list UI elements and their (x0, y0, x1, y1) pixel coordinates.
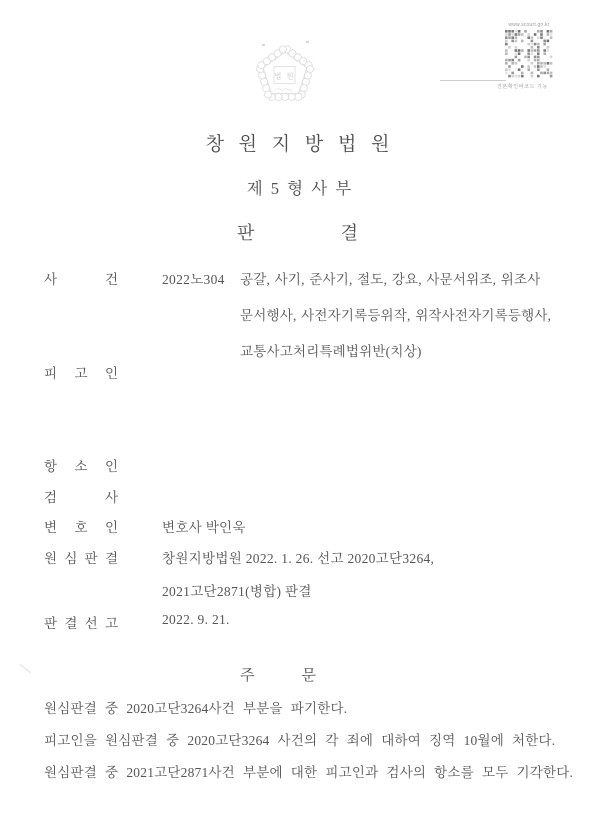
prosecutor-label: 검 사 (44, 486, 118, 506)
lower-judgment-line: 2021고단2871(병합) 판결 (162, 580, 312, 600)
appellant-label: 항 소 인 (44, 455, 118, 475)
lower-judgment-label: 원 심 판 결 (44, 547, 118, 567)
judgment-document-page: 법 원 www.scourt.go.kr 진본확인바코드 기능 창 원 지 방 … (0, 0, 600, 826)
scan-speck (306, 41, 309, 43)
order-line: 원심판결 중 2020고단3264사건 부분을 파기한다. (44, 697, 347, 717)
court-seal-icon: 법 원 (250, 42, 320, 108)
seal-script-squiggle (276, 89, 292, 91)
case-number: 2022노304 (162, 268, 225, 288)
court-name-title: 창 원 지 방 법 원 (0, 129, 600, 156)
charges-line: 교통사고처리특례법위반(치상) (240, 340, 422, 360)
scan-artifact-dash (19, 664, 31, 673)
seal-inner-text: 법 원 (274, 71, 295, 81)
sentencing-date-value: 2022. 9. 21. (162, 612, 230, 628)
lower-judgment-line: 창원지방법원 2022. 1. 26. 선고 2020고단3264, (162, 547, 434, 567)
verification-barcode-icon (505, 30, 554, 80)
charges-line: 문서행사, 사전자기록등위작, 위작사전자기록등행사, (240, 304, 551, 324)
order-line: 피고인을 원심판결 중 2020고단3264 사건의 각 죄에 대하여 징역 1… (44, 729, 555, 749)
counsel-value: 변호사 박인욱 (162, 516, 246, 536)
order-section-header: 주 문 (240, 664, 316, 685)
document-title: 판 결 (237, 219, 358, 245)
verification-barcode-caption: 진본확인바코드 기능 (497, 83, 557, 90)
case-label: 사 건 (44, 268, 118, 288)
scan-line (440, 80, 506, 81)
charges-line: 공갈, 사기, 준사기, 절도, 강요, 사문서위조, 위조사 (240, 268, 540, 288)
scan-speck (262, 44, 265, 46)
counsel-label: 변 호 인 (44, 516, 118, 536)
verification-url: www.scourt.go.kr (501, 22, 557, 28)
order-line: 원심판결 중 2021고단2871사건 부분에 대한 피고인과 검사의 항소를 … (44, 761, 573, 781)
defendant-label: 피 고 인 (44, 362, 118, 382)
sentencing-date-label: 판 결 선 고 (44, 612, 118, 632)
court-division-title: 제 5 형 사 부 (0, 175, 600, 199)
